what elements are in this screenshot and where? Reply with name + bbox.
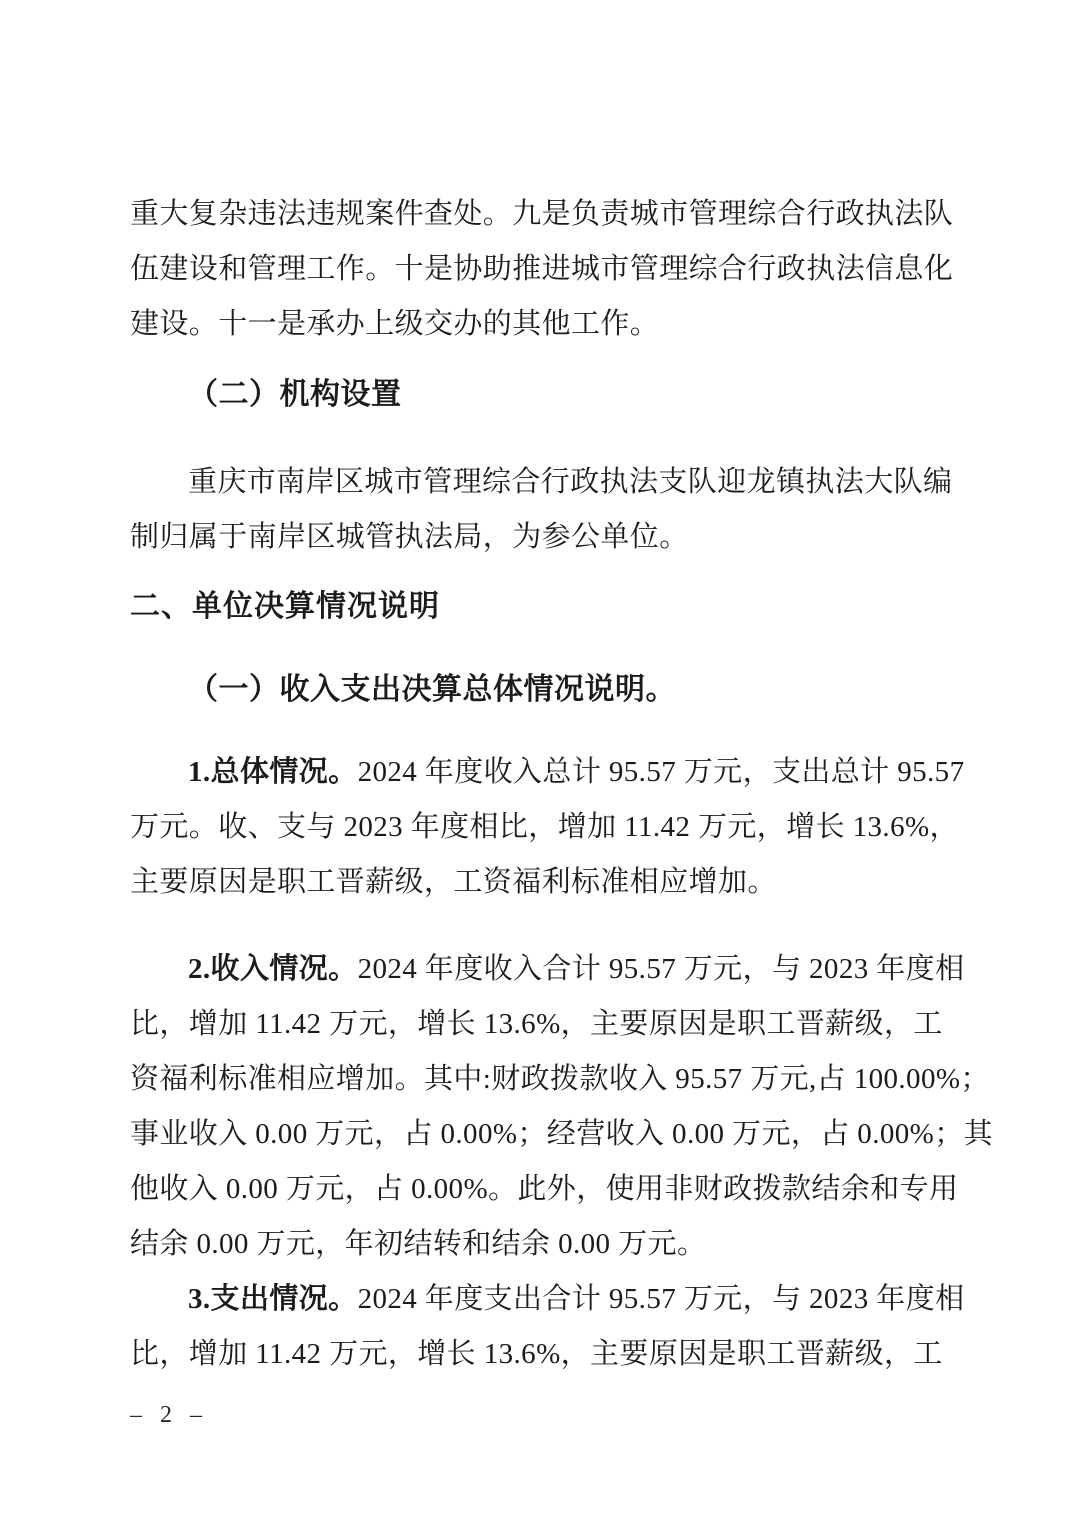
text-line: 1.总体情况。2024 年度收入总计 95.57 万元，支出总计 95.57 <box>130 745 955 800</box>
document-page: 重大复杂违法违规案件查处。九是负责城市管理综合行政执法队 伍建设和管理工作。十是… <box>0 0 1075 1520</box>
text-line: 资福利标准相应增加。其中:财政拨款收入 95.57 万元,占 100.00%； <box>130 1052 955 1107</box>
paragraph-org-affiliation: 重庆市南岸区城市管理综合行政执法支队迎龙镇执法大队编 制归属于南岸区城管执法局，… <box>130 455 955 565</box>
paragraph-lead-label: 2.收入情况。 <box>188 953 358 985</box>
paragraph-lead-label: 1.总体情况。 <box>188 756 358 788</box>
text-line: 主要原因是职工晋薪级，工资福利标准相应增加。 <box>130 855 955 910</box>
text-line: 重大复杂违法违规案件查处。九是负责城市管理综合行政执法队 <box>130 187 955 242</box>
text-line: 他收入 0.00 万元，占 0.00%。此外，使用非财政拨款结余和专用 <box>130 1162 955 1217</box>
paragraph-text: 2024 年度支出合计 95.57 万元，与 2023 年度相 <box>358 1283 965 1315</box>
text-line: 比，增加 11.42 万元，增长 13.6%，主要原因是职工晋薪级，工 <box>130 1327 955 1382</box>
text-line: 万元。收、支与 2023 年度相比，增加 11.42 万元，增长 13.6%， <box>130 800 955 855</box>
text-line: 制归属于南岸区城管执法局，为参公单位。 <box>130 510 955 565</box>
page-number: – 2 – <box>130 1400 208 1430</box>
text-line: 3.支出情况。2024 年度支出合计 95.57 万元，与 2023 年度相 <box>130 1272 955 1327</box>
text-line: 结余 0.00 万元，年初结转和结余 0.00 万元。 <box>130 1217 955 1272</box>
text-line: 重庆市南岸区城市管理综合行政执法支队迎龙镇执法大队编 <box>130 455 955 510</box>
text-line: 比，增加 11.42 万元，增长 13.6%，主要原因是职工晋薪级，工 <box>130 997 955 1052</box>
paragraph-text: 2024 年度收入合计 95.57 万元，与 2023 年度相 <box>358 953 965 985</box>
paragraph-expense-situation: 3.支出情况。2024 年度支出合计 95.57 万元，与 2023 年度相 比… <box>130 1272 955 1382</box>
paragraph-overall-situation: 1.总体情况。2024 年度收入总计 95.57 万元，支出总计 95.57 万… <box>130 745 955 910</box>
heading-org-setup: （二）机构设置 <box>130 367 955 422</box>
heading-unit-final-accounts: 二、单位决算情况说明 <box>130 579 955 634</box>
subheading-income-expense-overview: （一）收入支出决算总体情况说明。 <box>130 662 955 717</box>
paragraph-text: 2024 年度收入总计 95.57 万元，支出总计 95.57 <box>358 756 965 788</box>
paragraph-lead-label: 3.支出情况。 <box>188 1283 358 1315</box>
paragraph-income-situation: 2.收入情况。2024 年度收入合计 95.57 万元，与 2023 年度相 比… <box>130 942 955 1272</box>
text-line: 2.收入情况。2024 年度收入合计 95.57 万元，与 2023 年度相 <box>130 942 955 997</box>
text-line: 伍建设和管理工作。十是协助推进城市管理综合行政执法信息化 <box>130 242 955 297</box>
paragraph-duties-continued: 重大复杂违法违规案件查处。九是负责城市管理综合行政执法队 伍建设和管理工作。十是… <box>130 187 955 352</box>
text-line: 事业收入 0.00 万元，占 0.00%；经营收入 0.00 万元，占 0.00… <box>130 1107 955 1162</box>
document-body: 重大复杂违法违规案件查处。九是负责城市管理综合行政执法队 伍建设和管理工作。十是… <box>130 0 955 1382</box>
text-line: 建设。十一是承办上级交办的其他工作。 <box>130 297 955 352</box>
